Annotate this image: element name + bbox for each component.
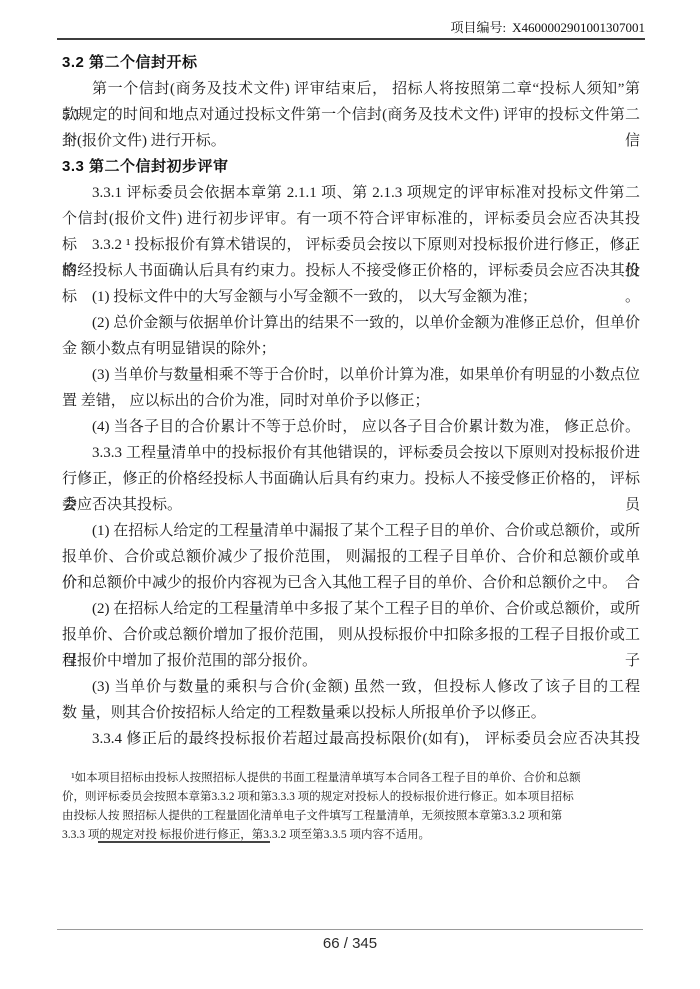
text-line: 款规定的时间和地点对通过投标文件第一个信封(商务及技术文件) 评审的投标文件第二… (62, 102, 640, 128)
footnote-line: 由投标人按 照招标人提供的工程量固化清单电子文件填写工程量清单，无须按照本章第3… (62, 807, 634, 826)
text-line: (2) 在招标人给定的工程量清单中多报了某个工程子目的单价、合价或总额价，或所 (62, 596, 640, 622)
footnote-rule (98, 841, 270, 843)
page-header: 项目编号:X4600002901001307001 (450, 20, 645, 36)
footnote-line: 价，则评标委员会按照本章第3.3.2 项和第3.3.3 项的规定对投标人的投标报… (62, 788, 634, 807)
text-line: (3) 当单价与数量相乘不等于合价时，以单价计算为准，如果单价有明显的小数点位 (62, 362, 640, 388)
project-number-label: 项目编号: (450, 20, 506, 35)
document-body: 3.2 第二个信封开标第一个信封(商务及技术文件) 评审结束后， 招标人将按照第… (62, 50, 640, 752)
text-line: (4) 当各子目的合价累计不等于总价时， 应以各子目合价累计数为准， 修正总价。 (62, 414, 640, 440)
text-line: 金 额小数点有明显错误的除外； (62, 336, 640, 362)
project-number: X4600002901001307001 (512, 20, 645, 35)
text-line: 置 差错， 应以标出的合价为准，同时对单价予以修正； (62, 388, 640, 414)
text-line: 报单价、合价或总额价减少了报价范围， 则漏报的工程子目单价、合价和总额价或单价、… (62, 544, 640, 570)
text-line: 数 量，则其合价按招标人给定的工程数量乘以投标人所报单价予以修正。 (62, 700, 640, 726)
text-line: 3.3.1 评标委员会依据本章第 2.1.1 项、第 2.1.3 项规定的评审标… (62, 180, 640, 206)
text-line: 报单价、合价或总额价增加了报价范围， 则从投标报价中扣除多报的工程子目报价或工程… (62, 622, 640, 648)
footnote: ¹如本项目招标由投标人按照招标人提供的书面工程量清单填写本合同各工程子目的单价、… (62, 769, 634, 845)
footnote-line: ¹如本项目招标由投标人按照招标人提供的书面工程量清单填写本合同各工程子目的单价、… (62, 769, 634, 788)
text-line: 3.3.2 ¹ 投标报价有算术错误的， 评标委员会按以下原则对投标报价进行修正，… (62, 232, 640, 258)
text-line: 个信封(报价文件) 进行初步评审。有一项不符合评审标准的，评标委员会应否决其投标… (62, 206, 640, 232)
header-rule (57, 38, 645, 40)
text-line: 第一个信封(商务及技术文件) 评审结束后， 招标人将按照第二章“投标人须知”第 … (62, 76, 640, 102)
document-page: 项目编号:X4600002901001307001 3.2 第二个信封开标第一个… (0, 0, 700, 989)
text-line: 3.3.4 修正后的最终投标报价若超过最高投标限价(如有)， 评标委员会应否决其… (62, 726, 640, 752)
page-number: 66 / 345 (0, 935, 700, 952)
text-line: 价和总额价中减少的报价内容视为已含入其他工程子目的单价、合价和总额价之中。 (62, 570, 640, 596)
text-line: 3.2 第二个信封开标 (62, 50, 640, 76)
text-line: 格经投标人书面确认后具有约束力。投标人不接受修正价格的，评标委员会应否决其投标。 (62, 258, 640, 284)
text-line: 行修正，修正的价格经投标人书面确认后具有约束力。投标人不接受修正价格的， 评标委… (62, 466, 640, 492)
text-line: 3.3.3 工程量清单中的投标报价有其他错误的，评标委员会按以下原则对投标报价进 (62, 440, 640, 466)
footer-rule (57, 929, 643, 930)
text-line: (1) 在招标人给定的工程量清单中漏报了某个工程子目的单价、合价或总额价，或所 (62, 518, 640, 544)
text-line: (3) 当单价与数量的乘积与合价(金额) 虽然一致，但投标人修改了该子目的工程 (62, 674, 640, 700)
text-line: (2) 总价金额与依据单价计算出的结果不一致的，以单价金额为准修正总价，但单价 (62, 310, 640, 336)
text-line: 3.3 第二个信封初步评审 (62, 154, 640, 180)
